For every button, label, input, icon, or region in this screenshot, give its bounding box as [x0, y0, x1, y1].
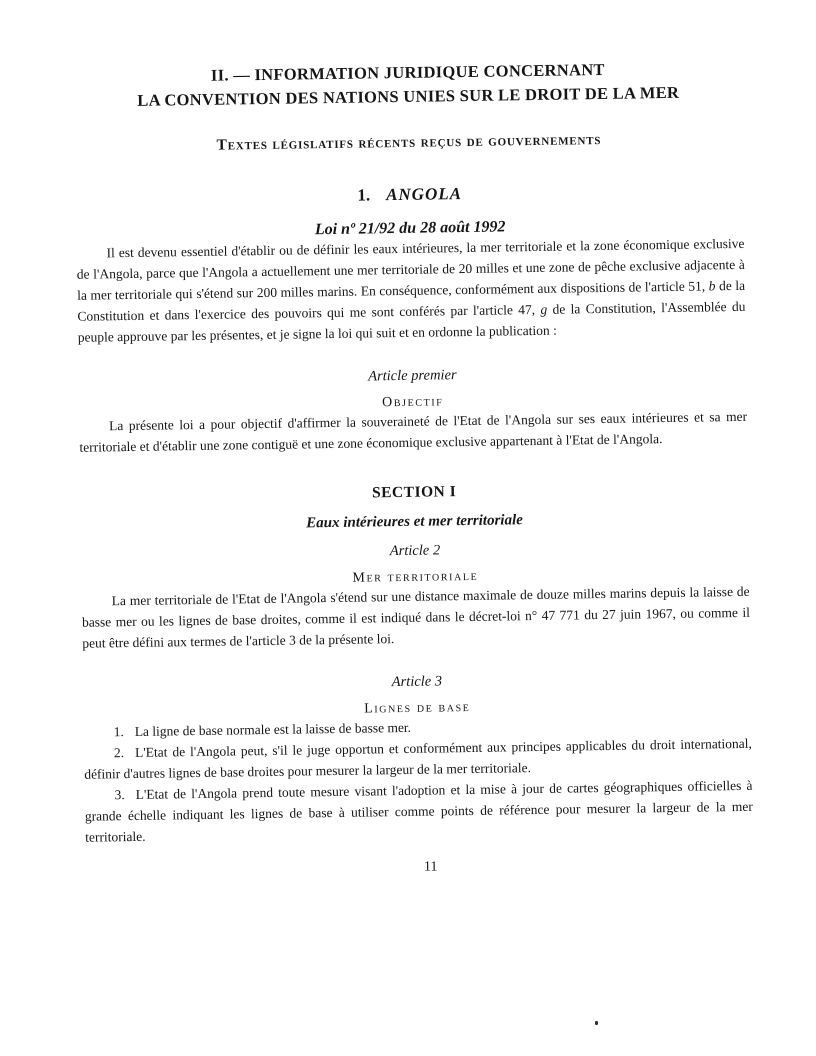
item-1-number: 1.	[114, 724, 135, 739]
section-1-subheading: Eaux intérieures et mer territoriale	[80, 509, 748, 536]
article-3-heading: Article 3	[83, 669, 751, 696]
article-2-heading: Article 2	[81, 538, 749, 565]
preamble-part-1: Il est devenu essentiel d'établir ou de …	[77, 236, 745, 303]
preamble-paragraph: Il est devenu essentiel d'établir ou de …	[76, 233, 745, 348]
item-3-text: L'Etat de l'Angola prend toute mesure vi…	[85, 778, 753, 845]
document-subtitle: Textes législatifs récents reçus de gouv…	[75, 129, 743, 157]
scan-artifact-dot	[595, 1021, 598, 1025]
country-name: ANGOLA	[386, 184, 462, 204]
section-1-heading: SECTION I	[80, 479, 748, 507]
page-content: II. — INFORMATION JURIDIQUE CONCERNANT L…	[73, 0, 754, 881]
country-heading: 1.ANGOLA	[76, 180, 744, 210]
article-premier-body: La présente loi a pour objectif d'affirm…	[79, 406, 748, 458]
article-premier-heading: Article premier	[78, 363, 746, 390]
item-1-text: La ligne de base normale est la laisse d…	[135, 720, 411, 739]
item-2-text: L'Etat de l'Angola peut, s'il le juge op…	[84, 736, 752, 782]
country-item-number: 1.	[357, 185, 386, 204]
article-3-item-3: 3.L'Etat de l'Angola prend toute mesure …	[84, 775, 753, 848]
document-title: II. — INFORMATION JURIDIQUE CONCERNANT L…	[73, 6, 742, 114]
item-3-number: 3.	[114, 787, 135, 802]
article-2-body: La mer territoriale de l'Etat de l'Angol…	[82, 581, 751, 654]
page-number: 11	[97, 855, 765, 881]
scanned-page: II. — INFORMATION JURIDIQUE CONCERNANT L…	[0, 0, 816, 1056]
item-2-number: 2.	[114, 745, 135, 760]
